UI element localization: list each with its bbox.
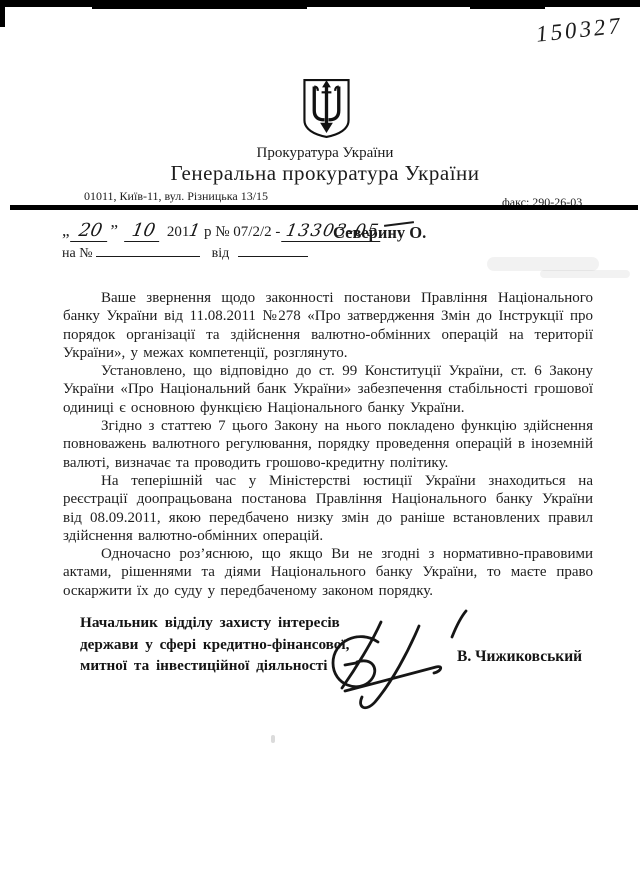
paragraph-5: Одночасно роз’яснюю, що якщо Ви не згодн… [63,545,593,600]
signatory-title-line: держави у сфері кредитно-фінансової, [80,634,350,656]
year-printed: 201 [167,224,190,240]
outgoing-number-printed: р № 07/2/2 - [200,224,280,240]
signatory-title-line: митної та інвестиційної діяльності [80,655,350,677]
recipient-name: Северину О. [333,223,426,243]
blank-underline [238,243,308,257]
scan-edge-artifact [0,0,5,27]
paragraph-4: На теперішній час у Міністерстві юстиції… [63,472,593,545]
signatory-title-line: Начальник відділу захисту інтересів [80,612,350,634]
handwritten-signature [325,600,475,715]
scan-edge-artifact [0,0,640,7]
blank-underline [96,243,200,257]
address-line: 01011, Київ-11, вул. Різницька 13/15 [84,189,268,204]
scan-speck [271,735,275,743]
scanned-letter-page: 150327 Прокуратура України Генеральна пр… [0,0,640,881]
ukraine-trident-icon [302,77,351,140]
handwritten-day: 20 [70,220,111,242]
reply-number-label: на № [62,246,93,261]
org-name-large: Генеральна прокуратура України [10,161,640,186]
header-divider [10,205,638,210]
signatory-title: Начальник відділу захисту інтересів держ… [80,612,350,677]
handwritten-registration-number: 150327 [535,10,640,48]
scan-edge-artifact [470,7,545,9]
paragraph-3: Згідно з статтею 7 цього Закону на нього… [63,417,593,472]
org-name-small: Прокуратура України [10,145,640,162]
scan-smudge [487,257,599,271]
handwritten-month: 10 [124,220,163,242]
letter-body: Ваше звернення щодо законності постанови… [63,289,593,600]
scan-smudge [540,270,630,278]
quote-close: ” [110,221,118,240]
reply-reference-line: на № від [62,243,308,262]
paragraph-2: Установлено, що відповідно до ст. 99 Кон… [63,362,593,417]
reply-date-label: від [212,246,230,261]
scan-edge-artifact [92,7,307,9]
quote-open: „ [62,221,70,240]
signatory-name: В. Чижиковський [457,648,582,666]
paragraph-1: Ваше звернення щодо законності постанови… [63,289,593,362]
